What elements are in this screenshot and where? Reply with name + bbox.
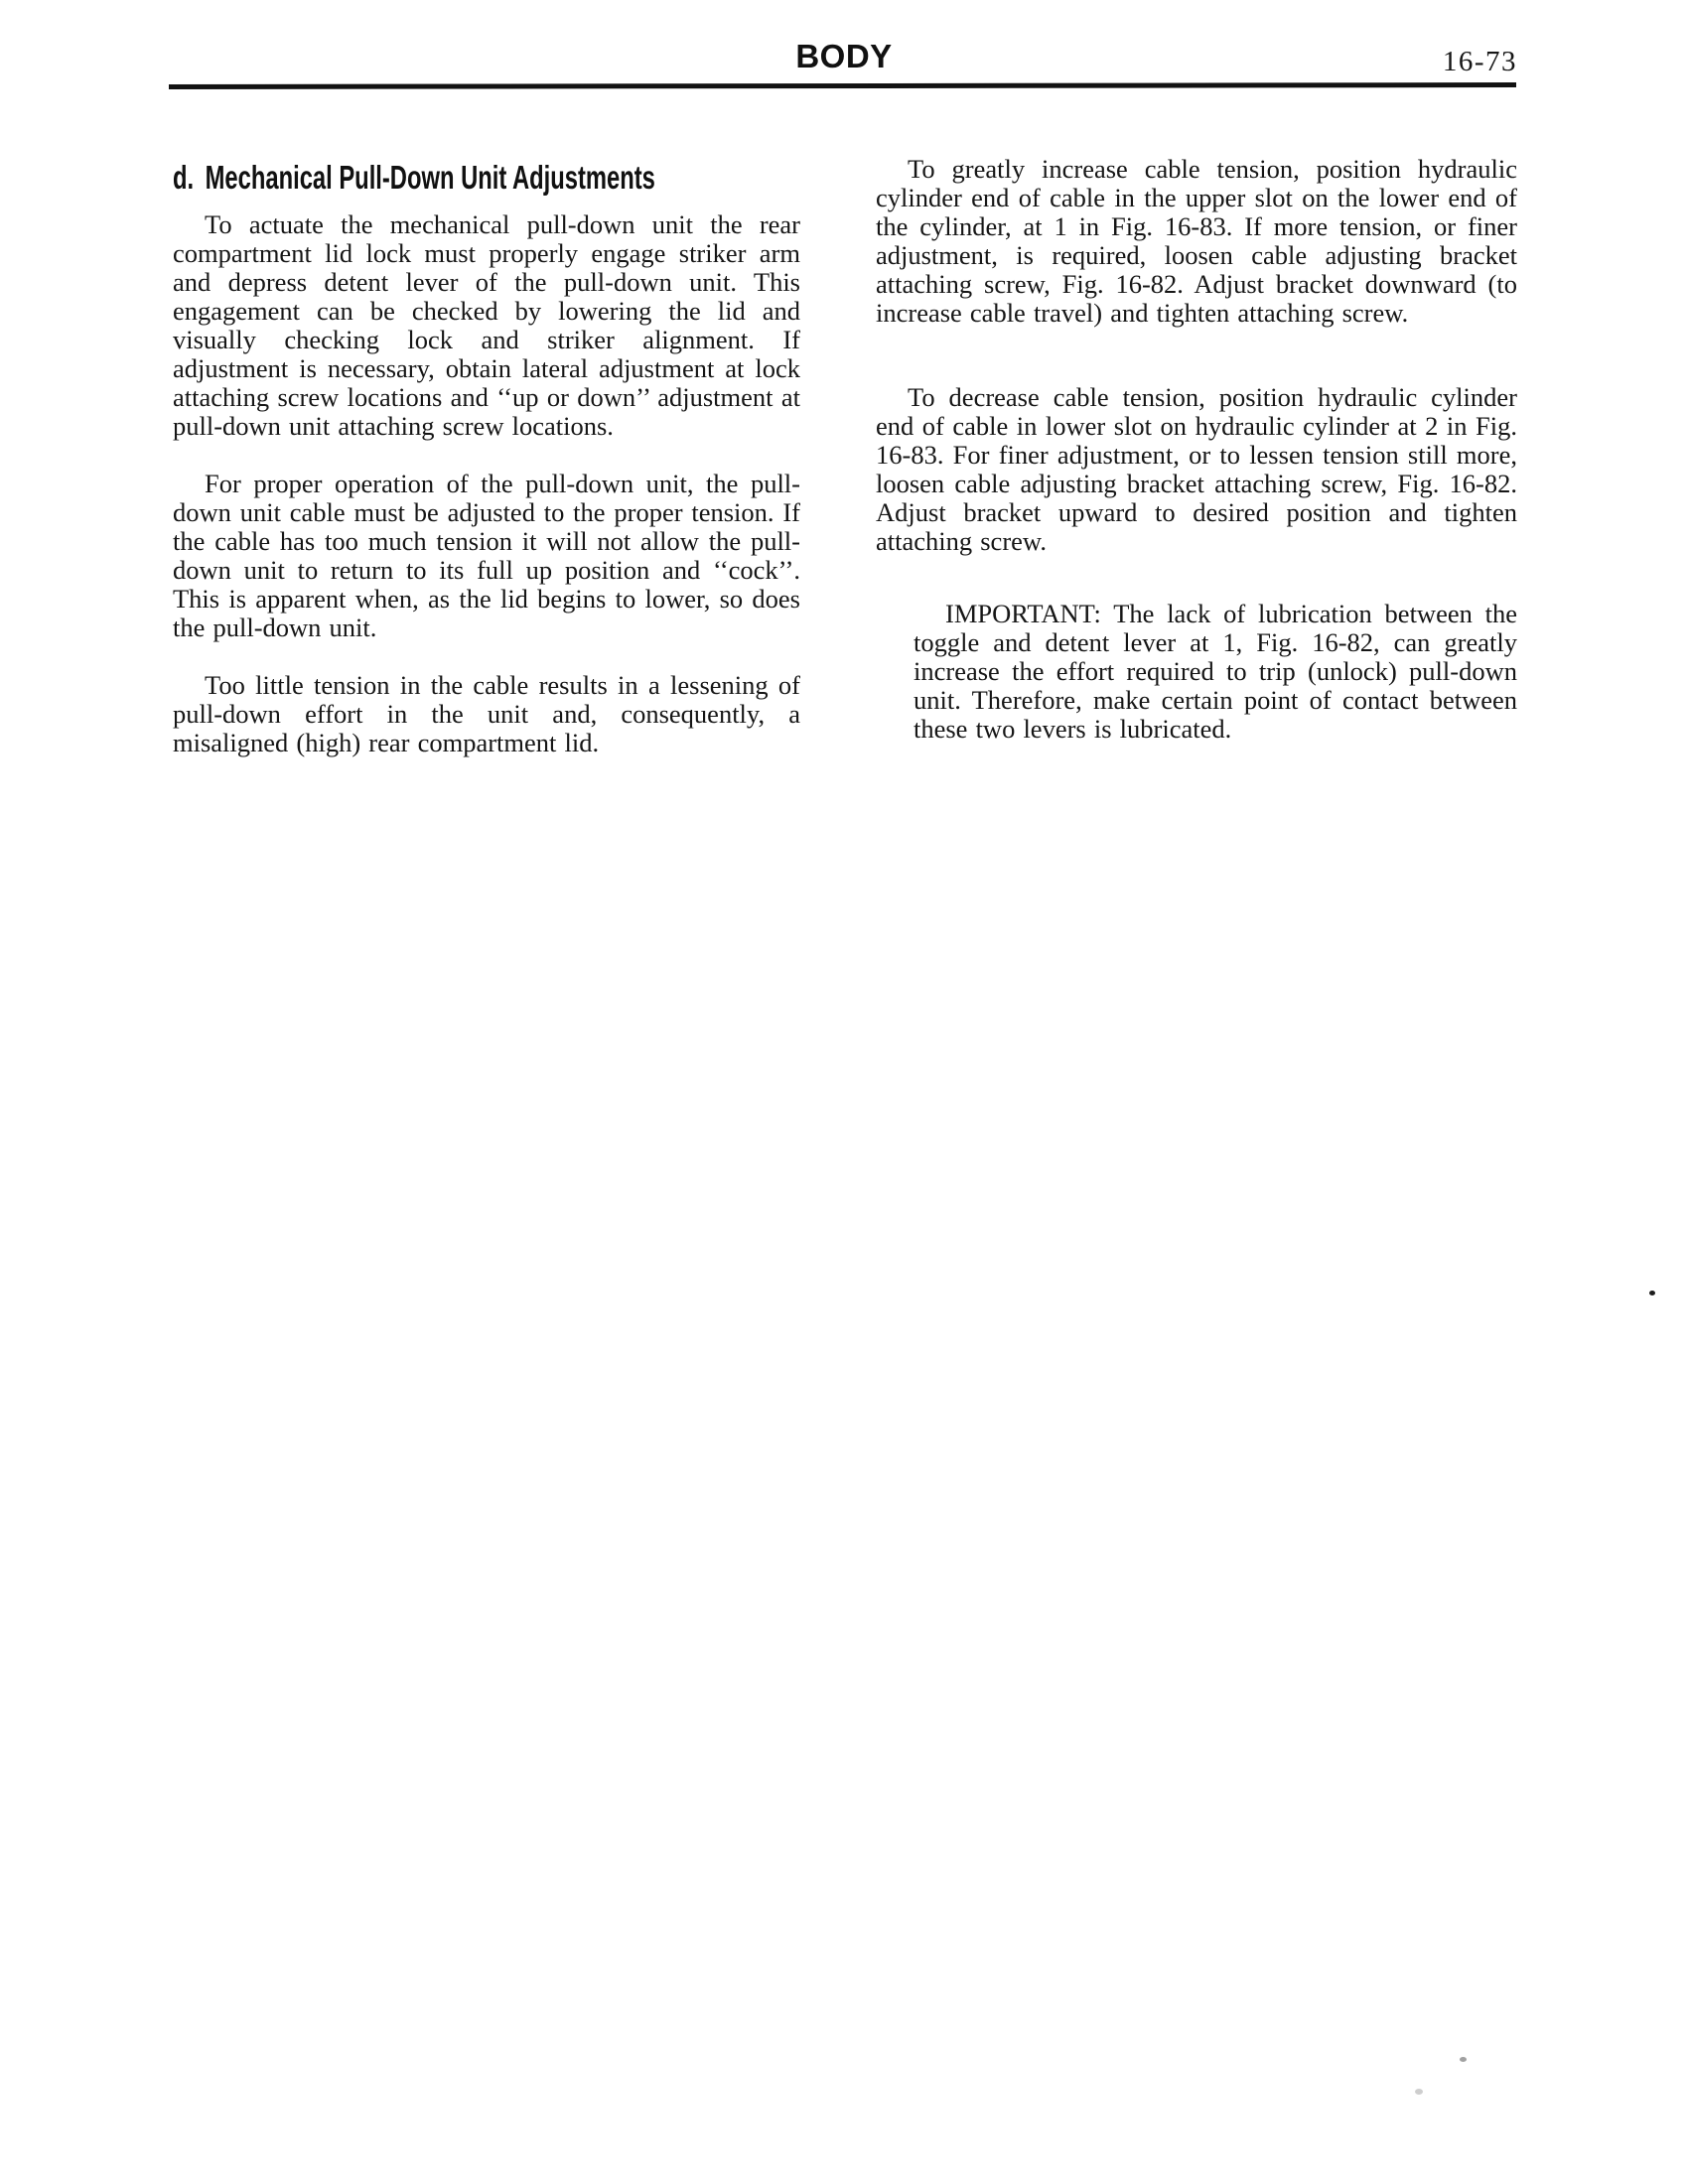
section-heading-letter: d. [173,159,194,196]
scan-speck [1460,2057,1467,2062]
left-column: d.Mechanical Pull-Down Unit Adjustments … [173,161,800,757]
page-number: 16-73 [1443,47,1517,76]
paragraph-actuate: To actuate the mechanical pull-down unit… [173,210,800,441]
scan-speck [1415,2089,1423,2095]
section-heading-text: Mechanical Pull-Down Unit Adjustments [206,159,655,196]
paragraph-important-note: IMPORTANT: The lack of lubrication betwe… [914,600,1517,744]
page-title: BODY [0,40,1688,73]
paragraph-too-little-tension: Too little tension in the cable results … [173,671,800,757]
paragraph-increase-tension: To greatly increase cable tension, posit… [876,155,1517,328]
right-column: To greatly increase cable tension, posit… [876,155,1517,744]
paragraph-decrease-tension: To decrease cable tension, position hydr… [876,383,1517,556]
section-heading: d.Mechanical Pull-Down Unit Adjustments [173,161,625,195]
manual-page: BODY 16-73 d.Mechanical Pull-Down Unit A… [0,0,1688,2184]
scan-speck [1649,1291,1655,1296]
paragraph-proper-operation: For proper operation of the pull-down un… [173,470,800,642]
header-rule [169,82,1516,89]
